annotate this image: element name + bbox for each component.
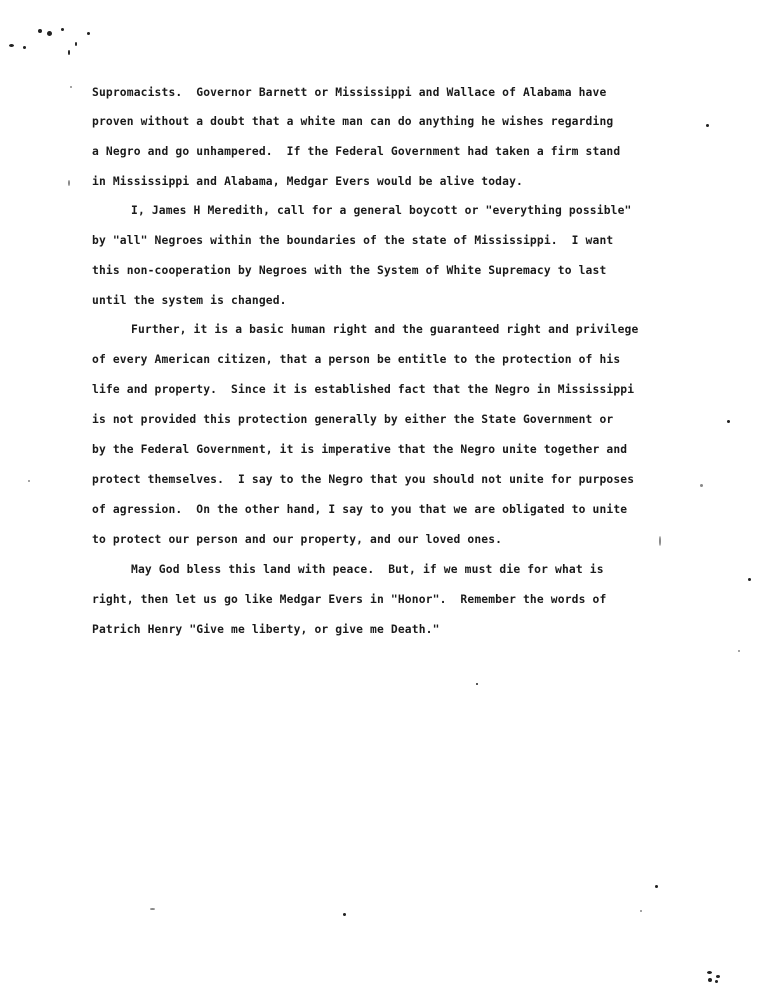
scan-speck	[715, 980, 718, 983]
scan-speck	[659, 536, 661, 546]
text-line: life and property. Since it is establish…	[92, 383, 634, 397]
text-line: right, then let us go like Medgar Evers …	[92, 593, 606, 607]
scan-speck	[700, 484, 703, 487]
scan-speck	[748, 578, 751, 581]
paragraph-start: I, James H Meredith, call for a general …	[131, 204, 632, 218]
text-line: proven without a doubt that a white man …	[92, 115, 613, 129]
scan-speck	[738, 650, 740, 652]
text-line: until the system is changed.	[92, 294, 287, 308]
text-line: by the Federal Government, it is imperat…	[92, 443, 627, 457]
scan-speck	[476, 683, 478, 685]
text-line: in Mississippi and Alabama, Medgar Evers…	[92, 175, 523, 189]
scan-speck	[150, 908, 155, 910]
scan-speck	[47, 31, 52, 36]
text-line: protect themselves. I say to the Negro t…	[92, 473, 634, 487]
scan-speck	[23, 46, 26, 49]
scan-speck	[75, 42, 77, 46]
scan-speck	[38, 29, 42, 33]
scan-speck	[727, 420, 730, 423]
scan-speck	[706, 124, 709, 127]
text-line: is not provided this protection generall…	[92, 413, 613, 427]
scan-speck	[68, 180, 70, 186]
scan-speck	[9, 44, 14, 47]
scan-speck	[708, 978, 712, 982]
text-line: Supromacists. Governor Barnett or Missis…	[92, 86, 606, 100]
text-line: by "all" Negroes within the boundaries o…	[92, 234, 613, 248]
scan-speck	[655, 885, 658, 888]
scan-speck	[70, 86, 72, 88]
paragraph-start: May God bless this land with peace. But,…	[131, 563, 604, 577]
scan-speck	[716, 975, 720, 978]
text-line: this non-cooperation by Negroes with the…	[92, 264, 606, 278]
scan-speck	[68, 50, 70, 55]
text-line: a Negro and go unhampered. If the Federa…	[92, 145, 620, 159]
scan-speck	[61, 28, 64, 31]
scan-speck	[640, 910, 642, 912]
scan-speck	[87, 32, 90, 35]
document-page: Supromacists. Governor Barnett or Missis…	[0, 0, 763, 989]
text-line: Patrich Henry "Give me liberty, or give …	[92, 623, 440, 637]
text-line: of every American citizen, that a person…	[92, 353, 620, 367]
text-line: of agression. On the other hand, I say t…	[92, 503, 627, 517]
scan-speck	[343, 913, 346, 916]
scan-speck	[28, 480, 30, 482]
text-line: to protect our person and our property, …	[92, 533, 502, 547]
paragraph-start: Further, it is a basic human right and t…	[131, 323, 638, 337]
scan-speck	[707, 971, 712, 974]
